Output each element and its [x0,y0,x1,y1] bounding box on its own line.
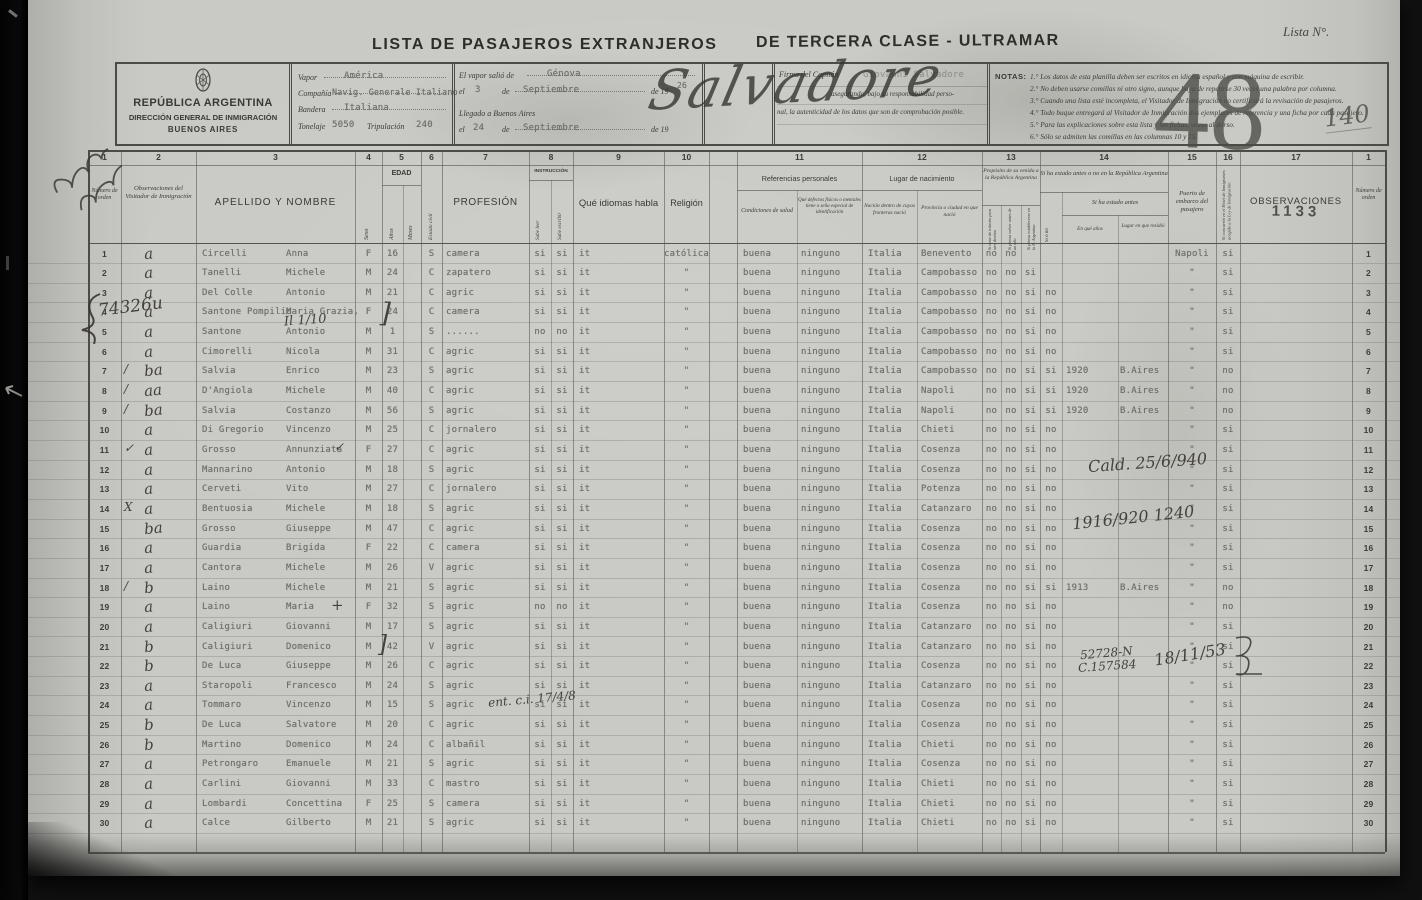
cell-prof: camera [446,307,528,317]
cell-p14n: no [1040,425,1062,435]
cell-p13b: no [1001,563,1021,573]
binding-speck [6,256,9,270]
cell-mark: a [143,594,189,617]
cell-n: 10 [88,425,121,435]
cell-nat: Italia [868,642,916,652]
cell-sur: Santone [202,327,286,337]
cell-sex: M [357,327,380,337]
cell-sur: D'Angiola [202,386,286,396]
cell-civ: S [421,327,442,337]
cell-wr: si [551,484,573,494]
cell-sex: F [357,445,380,455]
cell-civ: C [421,661,442,671]
cell-n2: 23 [1352,681,1385,691]
cell-yrs: 17 [382,622,403,632]
cell-rel: " [664,268,709,278]
cell-port: " [1168,288,1216,298]
cell-rd: si [529,681,551,691]
cell-lang: it [579,799,619,809]
cell-rel: " [664,720,709,730]
cell-p13a: no [982,524,1001,534]
cell-rd: no [529,602,551,612]
cell-wr: si [551,740,573,750]
cell-civ: C [421,425,442,435]
cell-hot: si [1216,622,1240,632]
cell-rd: si [529,622,551,632]
cell-p14n: no [1040,700,1062,710]
cell-n: 8 [88,386,121,396]
cell-yrs: 25 [382,799,403,809]
cell-sur: Grosso [202,524,286,534]
cell-p14y: 1920 [1066,366,1116,376]
cell-sur: Laino [202,602,286,612]
cell-n: 17 [88,563,121,573]
cell-rel: " [664,642,709,652]
cell-prov: Cosenza [921,583,981,593]
cell-p13a: no [982,445,1001,455]
cell-yrs: 26 [382,563,403,573]
cell-n2: 16 [1352,543,1385,553]
cell-hot: si [1216,425,1240,435]
cell-hlth: buena [743,642,793,652]
cell-rd: si [529,759,551,769]
cell-n: 16 [88,543,121,553]
cell-rd: no [529,327,551,337]
cell-wr: si [551,504,573,514]
cell-prov: Campobasso [921,327,981,337]
cell-lang: it [579,524,619,534]
cell-p14n: no [1040,740,1062,750]
cell-n: 22 [88,661,121,671]
cell-hlth: buena [743,504,793,514]
cell-rel: " [664,484,709,494]
cell-prov: Cosenza [921,563,981,573]
cell-hlth: buena [743,347,793,357]
table-row: 13aCervetiVitoM27Cjornalerosisiit"buenan… [28,479,1400,500]
cell-rd: si [529,307,551,317]
cell-sur: Martino [202,740,286,750]
cell-n2: 29 [1352,799,1385,809]
cell-sex: M [357,583,380,593]
cell-rel: " [664,406,709,416]
cell-p14n: no [1040,288,1062,298]
cell-hlth: buena [743,563,793,573]
cell-wr: si [551,543,573,553]
cell-nat: Italia [868,622,916,632]
cell-mark: a [143,260,189,283]
cell-civ: S [421,681,442,691]
cell-p14n: no [1040,720,1062,730]
cell-civ: S [421,366,442,376]
row5-name-overlay: Il 1/10 [284,312,328,330]
cell-prov: Cosenza [921,720,981,730]
cell-civ: C [421,288,442,298]
cell-rd: si [529,583,551,593]
cell-p13a: no [982,406,1001,416]
cell-mark: a [143,437,189,460]
cell-hlth: buena [743,720,793,730]
cell-civ: C [421,386,442,396]
row11-checkmark: ✓ [334,440,344,454]
cell-nat: Italia [868,465,916,475]
cell-p13a: no [982,484,1001,494]
cell-p13b: no [1001,681,1021,691]
cell-n: 28 [88,779,121,789]
cell-n2: 4 [1352,307,1385,317]
cell-p13a: no [982,563,1001,573]
cell-rel: " [664,524,709,534]
cell-sur: Salvia [202,406,286,416]
scanned-document-photo: LISTA DE PASAJEROS EXTRANJEROS DE TERCER… [0,0,1422,900]
cell-rel: " [664,759,709,769]
cell-civ: C [421,445,442,455]
cell-port: " [1168,307,1216,317]
margin-arrow-mark [2,380,28,406]
cell-sur: Circelli [202,249,286,259]
cell-n2: 10 [1352,425,1385,435]
cell-sur: Di Gregorio [202,425,286,435]
cell-def: ninguno [801,307,859,317]
cell-sur: Grosso [202,445,286,455]
cell-p13b: no [1001,347,1021,357]
cell-hlth: buena [743,425,793,435]
cell-wr: si [551,249,573,259]
cell-rel: " [664,445,709,455]
cell-prof: ...... [446,327,528,337]
cell-p13c: si [1021,327,1040,337]
cell-giv: Concettina [286,799,354,809]
cell-p13c: si [1021,347,1040,357]
cell-p13b: no [1001,524,1021,534]
cell-sex: M [357,347,380,357]
cell-port: " [1168,327,1216,337]
cell-n: 15 [88,524,121,534]
cell-def: ninguno [801,543,859,553]
cell-port: " [1168,818,1216,828]
cell-giv: Antonio [286,288,354,298]
cell-prov: Cosenza [921,543,981,553]
cell-port: " [1168,602,1216,612]
cell-rel: " [664,583,709,593]
cell-hlth: buena [743,524,793,534]
cell-p13c: si [1021,425,1040,435]
cell-p13a: no [982,425,1001,435]
cell-n2: 22 [1352,661,1385,671]
cell-rel: " [664,307,709,317]
cell-lang: it [579,622,619,632]
cell-p14n: no [1040,445,1062,455]
table-row: 19aLainoMariaF32Sagricnonoit"buenaningun… [28,597,1400,618]
cell-mark: a [143,771,189,794]
cell-giv: Gilberto [286,818,354,828]
cell-pre: / [124,362,140,376]
cell-p13a: no [982,465,1001,475]
cell-wr: si [551,799,573,809]
cell-p14p: B.Aires [1120,583,1166,593]
table-row: 26bMartinoDomenicoM24Calbañilsisiit"buen… [28,735,1400,756]
cell-def: ninguno [801,484,859,494]
cell-nat: Italia [868,740,916,750]
cell-lang: it [579,268,619,278]
cell-p13b: no [1001,249,1021,259]
cell-hot: no [1216,583,1240,593]
cell-hot: no [1216,406,1240,416]
cell-sex: F [357,799,380,809]
cell-p13a: no [982,661,1001,671]
cell-n2: 21 [1352,642,1385,652]
cell-giv: Domenico [286,642,354,652]
cell-civ: V [421,642,442,652]
cell-prof: agric [446,386,528,396]
cell-sex: M [357,386,380,396]
cell-wr: si [551,818,573,828]
cell-p14n: si [1040,386,1062,396]
cell-hot: si [1216,445,1240,455]
cell-prov: Chieti [921,779,981,789]
cell-rd: si [529,268,551,278]
cell-civ: S [421,249,442,259]
cell-prof: agric [446,445,528,455]
cell-p13a: no [982,288,1001,298]
cell-p13c: si [1021,543,1040,553]
cell-yrs: 22 [382,543,403,553]
cell-p13b: no [1001,288,1021,298]
cell-sur: Mannarino [202,465,286,475]
cell-sur: Santone Pompilio [202,307,286,317]
cell-pre: / [124,382,140,396]
cell-rd: si [529,720,551,730]
cell-civ: C [421,779,442,789]
cell-hot: si [1216,347,1240,357]
cell-p13c: si [1021,681,1040,691]
cell-rel: " [664,288,709,298]
cell-hot: si [1216,563,1240,573]
cell-hot: si [1216,465,1240,475]
cell-p13b: no [1001,268,1021,278]
cell-sex: M [357,425,380,435]
cell-yrs: 21 [382,818,403,828]
cell-p13a: no [982,740,1001,750]
cell-yrs: 21 [382,583,403,593]
cell-sur: Carlini [202,779,286,789]
cell-prof: agric [446,681,528,691]
cell-p14n: no [1040,681,1062,691]
cell-lang: it [579,406,619,416]
cell-prof: mastro [446,779,528,789]
cell-prof: agric [446,563,528,573]
cell-hlth: buena [743,465,793,475]
cell-nat: Italia [868,504,916,514]
cell-p13b: no [1001,504,1021,514]
cell-rd: si [529,563,551,573]
cell-prov: Potenza [921,484,981,494]
cell-def: ninguno [801,249,859,259]
cell-hlth: buena [743,406,793,416]
row21-bracket: ] [378,632,387,658]
cell-giv: Salvatore [286,720,354,730]
cell-port: " [1168,583,1216,593]
cell-sur: Del Colle [202,288,286,298]
cell-sur: Petrongaro [202,759,286,769]
cell-prov: Cosenza [921,465,981,475]
cell-def: ninguno [801,799,859,809]
cell-yrs: 16 [382,249,403,259]
cell-yrs: 40 [382,386,403,396]
cell-p13b: no [1001,642,1021,652]
cell-p13b: no [1001,327,1021,337]
cell-p13b: no [1001,484,1021,494]
cell-sex: M [357,288,380,298]
cell-giv: Michele [286,504,354,514]
cell-hot: no [1216,602,1240,612]
cell-n: 1 [88,249,121,259]
cell-giv: Vincenzo [286,700,354,710]
cell-hlth: buena [743,327,793,337]
cell-hot: si [1216,288,1240,298]
cell-hot: si [1216,799,1240,809]
cell-p14n: no [1040,779,1062,789]
cell-p14n: no [1040,465,1062,475]
cell-p13b: no [1001,307,1021,317]
cell-sex: M [357,465,380,475]
cell-hlth: buena [743,307,793,317]
cell-n: 25 [88,720,121,730]
cell-port: " [1168,366,1216,376]
cell-sex: M [357,406,380,416]
cell-n2: 19 [1352,602,1385,612]
cell-n: 23 [88,681,121,691]
cell-wr: si [551,268,573,278]
cell-n: 7 [88,366,121,376]
cell-giv: Costanzo [286,406,354,416]
table-row: 7/baSalviaEnricoM23Sagricsisiit"buenanin… [28,361,1400,382]
cell-n2: 2 [1352,268,1385,278]
cell-wr: no [551,327,573,337]
cell-mark: a [143,614,189,637]
cell-n: 9 [88,406,121,416]
cell-sur: De Luca [202,661,286,671]
cell-hlth: buena [743,759,793,769]
cell-p13c: si [1021,818,1040,828]
pencil-folio-number: 140 [1322,99,1371,133]
cell-hlth: buena [743,700,793,710]
cell-n2: 9 [1352,406,1385,416]
cell-n: 24 [88,700,121,710]
table-row: 18/bLainoMicheleM21Sagricsisiit"buenanin… [28,578,1400,599]
cell-yrs: 26 [382,661,403,671]
cell-prov: Cosenza [921,759,981,769]
cell-p13b: no [1001,799,1021,809]
cell-sex: M [357,642,380,652]
cell-wr: si [551,307,573,317]
cell-p13c: si [1021,445,1040,455]
cell-sex: M [357,622,380,632]
cell-p13a: no [982,779,1001,789]
cell-def: ninguno [801,602,859,612]
passenger-list-page: LISTA DE PASAJEROS EXTRANJEROS DE TERCER… [28,0,1400,876]
cell-sex: M [357,524,380,534]
cell-hot: si [1216,504,1240,514]
cell-giv: Francesco [286,681,354,691]
cell-prof: agric [446,818,528,828]
cell-p13c: si [1021,563,1040,573]
cell-p13c: si [1021,268,1040,278]
cell-n2: 20 [1352,622,1385,632]
cell-n: 18 [88,583,121,593]
cell-hlth: buena [743,799,793,809]
cell-wr: si [551,661,573,671]
cell-p13a: no [982,759,1001,769]
cell-def: ninguno [801,661,859,671]
cell-lang: it [579,366,619,376]
cell-mark: aa [143,378,189,401]
cell-def: ninguno [801,681,859,691]
cell-sex: M [357,661,380,671]
cell-lang: it [579,484,619,494]
cell-p13b: no [1001,818,1021,828]
cell-yrs: 27 [382,484,403,494]
cell-hot: si [1216,307,1240,317]
table-row: 27aPetrongaroEmanueleM21Sagricsisiit"bue… [28,754,1400,775]
cell-n: 13 [88,484,121,494]
cell-p14n: no [1040,543,1062,553]
cell-sur: Staropoli [202,681,286,691]
cell-mark: a [143,496,189,519]
cell-p14n: no [1040,622,1062,632]
cell-lang: it [579,700,619,710]
cell-p13a: no [982,799,1001,809]
cell-n2: 12 [1352,465,1385,475]
cell-prov: Chieti [921,425,981,435]
cell-prov: Napoli [921,386,981,396]
cell-rd: si [529,366,551,376]
cell-p14n: no [1040,799,1062,809]
cell-rd: si [529,288,551,298]
table-row: 24aTommaroVincenzoM15Sagricsisiit"buenan… [28,695,1400,716]
cell-rel: " [664,366,709,376]
cell-p14n: no [1040,524,1062,534]
cell-civ: C [421,524,442,534]
cell-n2: 1 [1352,249,1385,259]
cell-civ: C [421,347,442,357]
cell-n: 21 [88,642,121,652]
cell-p14y: 1920 [1066,386,1116,396]
cell-sex: M [357,720,380,730]
cell-civ: C [421,740,442,750]
cell-n2: 6 [1352,347,1385,357]
cell-sur: De Luca [202,720,286,730]
cell-port: " [1168,425,1216,435]
cell-rel: " [664,504,709,514]
cell-yrs: 25 [382,425,403,435]
cell-giv: Michele [286,563,354,573]
cell-civ: S [421,700,442,710]
cell-rel: " [664,602,709,612]
cell-hlth: buena [743,366,793,376]
cell-civ: C [421,543,442,553]
cell-lang: it [579,602,619,612]
cell-rel: católica [664,249,709,259]
cell-wr: si [551,445,573,455]
row22-flourish [1228,632,1262,676]
cell-rel: " [664,779,709,789]
cell-rd: si [529,484,551,494]
cell-giv: Nicola [286,347,354,357]
cell-rd: si [529,740,551,750]
cell-wr: si [551,386,573,396]
cell-giv: Emanuele [286,759,354,769]
cell-sex: F [357,307,380,317]
